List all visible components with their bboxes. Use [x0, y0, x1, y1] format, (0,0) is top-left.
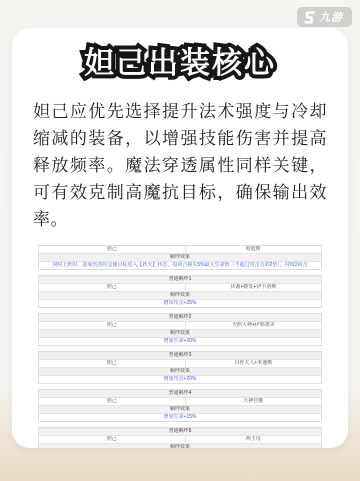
partner-name: 大神官姬 — [186, 398, 321, 405]
bond-title: 普通羁绊3 — [39, 352, 321, 359]
bond-block-3: 普通羁绊3 妲己 白骨夫人+米迦勒 羁绊效果 增加攻击+20% — [38, 351, 322, 384]
effect-text-link[interactable]: 增加生命+15% — [39, 413, 321, 421]
content-card: 妲己出装核心 妲己应优先选择提升法术强度与冷却缩减的装备，以增强技能伤害并提高释… — [12, 28, 348, 448]
bond-block-main: 妲己 哈迪斯 羁绊效果 同时上阵时，造成伤害时会使目标进入【妖火】状态，每回合损… — [38, 245, 322, 270]
bond-title: 普通羁绊5 — [39, 428, 321, 435]
bond-title: 普通羁绊4 — [39, 390, 321, 397]
effect-text-link[interactable]: 增加攻击+25% — [39, 299, 321, 307]
effect-text-link[interactable]: 增加攻击+20% — [39, 375, 321, 383]
partner-name: 天照大神+伊邪那美 — [186, 322, 321, 329]
hero-name: 妲己 — [39, 360, 186, 367]
jiuyou-logo-text: 九游 — [319, 9, 343, 25]
hero-name: 妲己 — [39, 284, 186, 291]
hero-name: 妲己 — [39, 246, 186, 253]
bond-pair-row: 妲己 哈迪斯 — [39, 246, 321, 253]
bond-pair-row: 妲己 天照大神+伊邪那美 — [39, 321, 321, 329]
hero-name: 妲己 — [39, 398, 186, 405]
bond-tables: 妲己 哈迪斯 羁绊效果 同时上阵时，造成伤害时会使目标进入【妖火】状态，每回合损… — [38, 245, 322, 448]
effect-header: 羁绊效果 — [39, 367, 321, 375]
bond-block-5: 普通羁绊5 妲己 西王母 羁绊效果 — [38, 427, 322, 448]
hero-name: 妲己 — [39, 322, 186, 329]
bond-pair-row: 妲己 伏羲+姬发+伊卡洛斯 — [39, 283, 321, 291]
partner-name: 伏羲+姬发+伊卡洛斯 — [186, 284, 321, 291]
bond-title: 普通羁绊2 — [39, 314, 321, 321]
effect-text-link[interactable]: 增加生命+20% — [39, 337, 321, 345]
effect-header: 羁绊效果 — [39, 405, 321, 413]
bond-block-4: 普通羁绊4 妲己 大神官姬 羁绊效果 增加生命+15% — [38, 389, 322, 422]
effect-header: 羁绊效果 — [39, 329, 321, 337]
effect-header: 羁绊效果 — [39, 291, 321, 299]
jiuyou-g-icon — [303, 11, 316, 24]
page: 九游 妲己出装核心 妲己应优先选择提升法术强度与冷却缩减的装备，以增强技能伤害并… — [0, 0, 360, 481]
bond-block-1: 普通羁绊1 妲己 伏羲+姬发+伊卡洛斯 羁绊效果 增加攻击+25% — [38, 275, 322, 308]
partner-name: 西王母 — [186, 436, 321, 443]
page-title: 妲己出装核心 — [12, 44, 348, 84]
hero-name: 妲己 — [39, 436, 186, 443]
jiuyou-logo[interactable]: 九游 — [297, 7, 352, 27]
effect-header: 羁绊效果 — [39, 253, 321, 261]
bond-pair-row: 妲己 白骨夫人+米迦勒 — [39, 359, 321, 367]
partner-name: 白骨夫人+米迦勒 — [186, 360, 321, 367]
effect-text-link[interactable]: 同时上阵时，造成伤害时会使目标进入【妖火】状态，每回合损失5%最大生命值（不超过… — [39, 261, 321, 269]
bond-pair-row: 妲己 西王母 — [39, 435, 321, 443]
bond-pair-row: 妲己 大神官姬 — [39, 397, 321, 405]
partner-name: 哈迪斯 — [186, 246, 321, 253]
bond-title: 普通羁绊1 — [39, 276, 321, 283]
bond-block-2: 普通羁绊2 妲己 天照大神+伊邪那美 羁绊效果 增加生命+20% — [38, 313, 322, 346]
effect-header: 羁绊效果 — [39, 443, 321, 448]
intro-paragraph: 妲己应优先选择提升法术强度与冷却缩减的装备，以增强技能伤害并提高释放频率。魔法穿… — [33, 98, 327, 233]
